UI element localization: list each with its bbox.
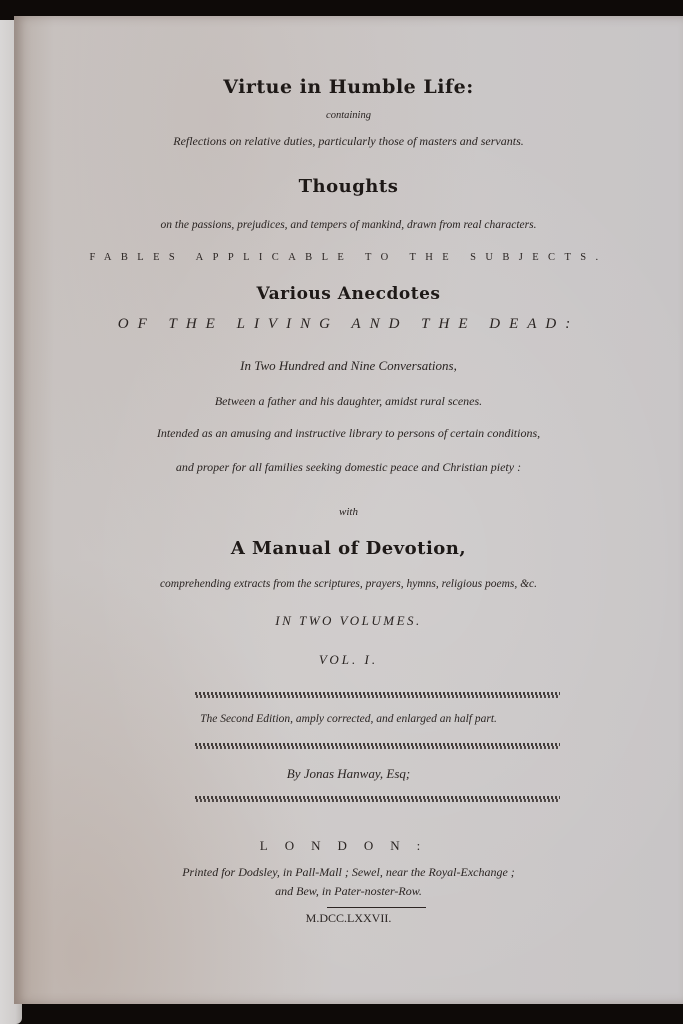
printer-line-1: Printed for Dodsley, in Pall-Mall ; Sewe… <box>14 865 683 880</box>
edition-line: The Second Edition, amply corrected, and… <box>14 713 683 725</box>
between-line: Between a father and his daughter, amids… <box>14 394 683 409</box>
ornament-border-top <box>195 692 560 698</box>
containing-label: containing <box>14 110 683 121</box>
living-dead-line: OF THE LIVING AND THE DEAD: <box>14 316 683 333</box>
conversations-line: In Two Hundred and Nine Conversations, <box>14 358 683 374</box>
with-label: with <box>14 506 683 518</box>
thoughts-heading: Thoughts <box>14 176 683 197</box>
ornament-border-middle <box>195 743 560 749</box>
photo-stage: Virtue in Humble Life: containing Reflec… <box>0 0 683 1024</box>
ornament-border-bottom <box>195 796 560 802</box>
volumes-line: IN TWO VOLUMES. <box>14 613 683 629</box>
publication-year: M.DCC.LXXVII. <box>14 911 683 926</box>
thoughts-text: on the passions, prejudices, and tempers… <box>14 219 683 231</box>
fables-line: FABLES APPLICABLE TO THE SUBJECTS. <box>14 252 683 263</box>
proper-line: and proper for all families seeking dome… <box>14 460 683 475</box>
title-page: Virtue in Humble Life: containing Reflec… <box>14 16 683 1004</box>
intended-line: Intended as an amusing and instructive l… <box>14 426 683 441</box>
manual-heading: A Manual of Devotion, <box>14 538 683 559</box>
anecdotes-heading: Various Anecdotes <box>14 284 683 304</box>
year-rule <box>327 907 426 908</box>
book-title: Virtue in Humble Life: <box>14 76 683 98</box>
printer-line-2: and Bew, in Pater-noster-Row. <box>14 884 683 899</box>
author-line: By Jonas Hanway, Esq; <box>14 766 683 782</box>
comprehending-line: comprehending extracts from the scriptur… <box>14 578 683 590</box>
subtitle-reflections: Reflections on relative duties, particul… <box>14 134 683 149</box>
city-line: LONDON: <box>14 838 683 854</box>
volume-number: VOL. I. <box>14 652 683 668</box>
